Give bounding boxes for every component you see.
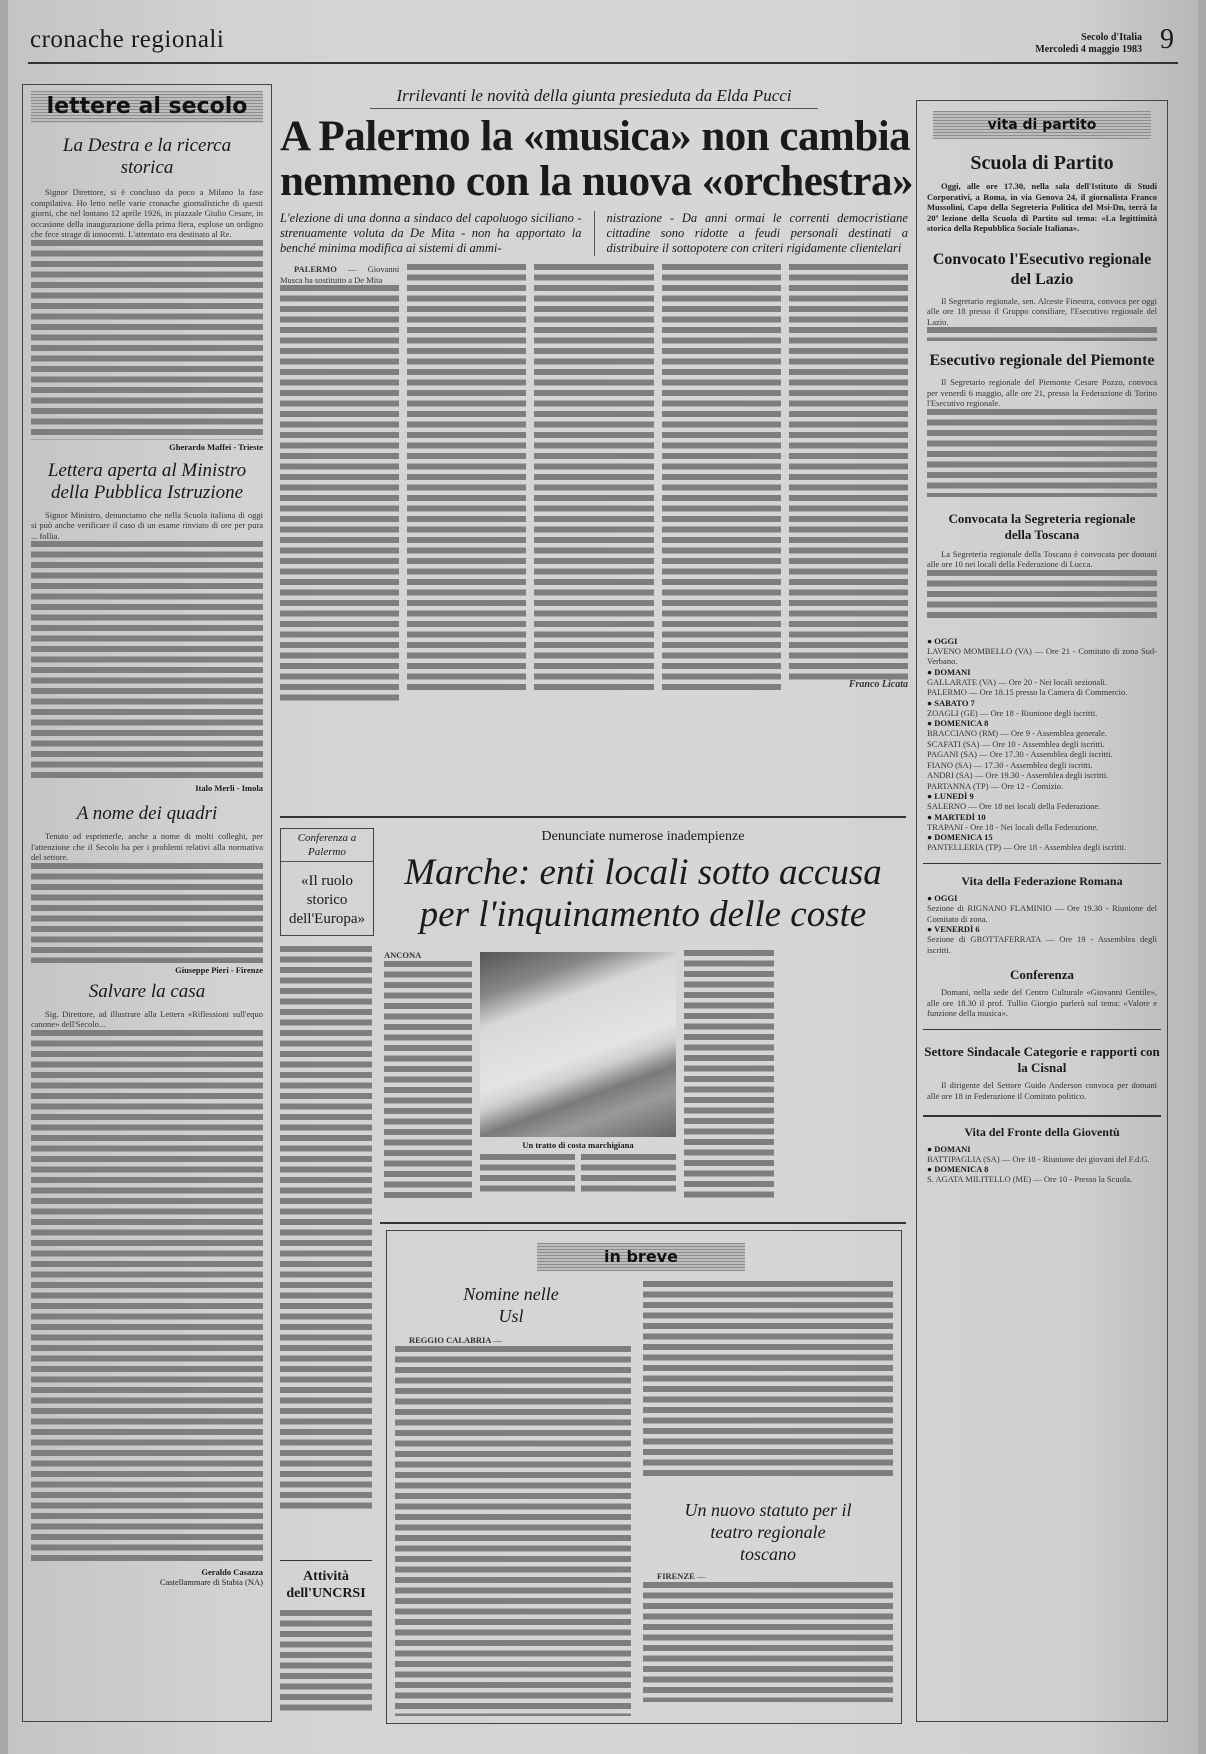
agenda-day: ● DOMENICA 8 xyxy=(927,718,1157,728)
agenda-day: ● DOMENICA 8 xyxy=(927,1164,1157,1174)
agenda-entry: ZOAGLI (GE) — Ore 18 - Riunione degli is… xyxy=(927,708,1157,719)
body-col-4 xyxy=(662,264,781,705)
agenda-day: ● DOMANI xyxy=(927,1144,1157,1154)
masthead-rule xyxy=(28,62,1178,64)
party-section-body: Domani, nella sede del Centro Culturale … xyxy=(927,987,1157,1019)
text-block xyxy=(927,570,1157,618)
main-headline-line-1: A Palermo la «musica» non cambia xyxy=(280,115,908,159)
text-block xyxy=(534,264,653,694)
agenda-entry: FIANO (SA) — 17.30 - Assemblea degli isc… xyxy=(927,760,1157,771)
in-breve-body: REGGIO CALABRIA — xyxy=(395,1335,631,1716)
marche-kicker: Denunciate numerose inadempienze xyxy=(380,828,906,846)
fdg-agenda: ● DOMANIBATTIPAGLIA (SA) — Ore 18 - Riun… xyxy=(927,1144,1157,1185)
in-breve-title: Nomine nelle Usl xyxy=(391,1283,631,1327)
main-headline-line-2: nemmeno con la nuova «orchestra» xyxy=(280,159,908,205)
agenda-entry: SCAFATI (SA) — Ore 10 - Assemblea degli … xyxy=(927,739,1157,750)
uncrsi-body xyxy=(280,1610,372,1715)
agenda-day: ● LUNEDÌ 9 xyxy=(927,791,1157,801)
section-divider xyxy=(380,1222,906,1224)
letter-title: Lettera aperta al Ministro della Pubblic… xyxy=(35,460,259,504)
body-col-1: PALERMO — Giovanni Musca ha sostituito a… xyxy=(280,264,399,705)
text-block xyxy=(684,950,774,1198)
federazione-agenda: ● OGGISezione di RIGNANO FLAMINIO — Ore … xyxy=(927,893,1157,955)
agenda-entry: Sezione di RIGNANO FLAMINIO — Ore 19.30 … xyxy=(927,903,1157,924)
party-section-title: Convocato l'Esecutivo regionale del Lazi… xyxy=(923,250,1161,290)
body-col-5: Franco Licata xyxy=(789,264,908,705)
section-divider xyxy=(923,1029,1161,1031)
coast-photo xyxy=(480,952,676,1137)
in-breve-banner: in breve xyxy=(537,1243,745,1271)
text-block xyxy=(395,1346,631,1716)
text-block xyxy=(280,1610,372,1715)
text-block xyxy=(280,285,399,705)
letter-title: La Destra e la ricerca storica xyxy=(43,135,251,179)
issue-date: Mercoledì 4 maggio 1983 xyxy=(1035,44,1142,56)
party-section-title: Convocata la Segreteria regionale della … xyxy=(937,511,1147,543)
party-section-body: La Segreteria regionale della Toscana è … xyxy=(927,549,1157,618)
in-breve-title: Un nuovo statuto per il teatro regionale… xyxy=(643,1499,893,1565)
text-block xyxy=(927,409,1157,497)
text-block xyxy=(31,863,263,963)
deck-right: nistrazione - Da anni ormai le correnti … xyxy=(607,211,909,256)
agenda-entry: PANTELLERIA (TP) — Ore 18 - Assemblea de… xyxy=(927,842,1157,853)
section-divider xyxy=(280,816,906,818)
conference-box: Conferenza a Palermo «Il ruolo storico d… xyxy=(280,828,374,936)
uncrsi-title: Attività dell'UNCRSI xyxy=(280,1568,372,1602)
agenda-entry: PAGANI (SA) — Ore 17.30 - Assemblea degl… xyxy=(927,749,1157,760)
dateline: FIRENZE xyxy=(657,1571,695,1581)
party-section-title: Settore Sindacale Categorie e rapporti c… xyxy=(923,1044,1161,1076)
party-section-body: Il Segretario regionale, sen. Alceste Fi… xyxy=(927,296,1157,342)
text-block xyxy=(31,240,263,440)
letter-body: Signor Ministro, denunciamo che nella Sc… xyxy=(31,510,263,780)
agenda-entry: PALERMO — Ore 18.15 presso la Camera di … xyxy=(927,687,1157,698)
party-section-title: Scuola di Partito xyxy=(923,151,1161,175)
letter-signature-place: Castellammare di Stabia (NA) xyxy=(31,1577,263,1587)
agenda-entry: BATTIPAGLIA (SA) — Ore 18 - Riunione dei… xyxy=(927,1154,1157,1165)
kicker-underline xyxy=(370,108,818,109)
marche-col-4 xyxy=(684,950,774,1198)
deck-divider xyxy=(594,211,595,256)
text-block xyxy=(31,541,263,779)
text-block xyxy=(581,1154,676,1196)
letter-body: Sig. Direttore, ad illustrare alla Lette… xyxy=(31,1009,263,1565)
letter-signature: Geraldo Casazza xyxy=(31,1567,263,1577)
section-divider xyxy=(923,863,1161,865)
main-article: Irrilevanti le novità della giunta presi… xyxy=(280,86,908,705)
conference-body xyxy=(280,946,372,1512)
body-col-3 xyxy=(534,264,653,705)
text-block xyxy=(643,1281,893,1477)
body-col-2 xyxy=(407,264,526,705)
agenda-entry: LAVENO MOMBELLO (VA) — Ore 21 - Comitato… xyxy=(927,646,1157,667)
party-section-title: Conferenza xyxy=(923,967,1161,983)
letter-body: Signor Direttore, si è concluso da poco … xyxy=(31,187,263,440)
party-section-body: Il dirigente del Settore Guido Anderson … xyxy=(927,1080,1157,1101)
letter-signature: Giuseppe Pieri - Firenze xyxy=(31,965,263,975)
newspaper-page: cronache regionali Secolo d'Italia Merco… xyxy=(8,0,1198,1754)
agenda-entry: GALLARATE (VA) — Ore 20 - Nei locali sez… xyxy=(927,677,1157,688)
marche-under-photo xyxy=(480,1154,676,1196)
dateline: REGGIO CALABRIA xyxy=(409,1335,491,1345)
party-section-body: Il Segretario regionale del Piemonte Ces… xyxy=(927,377,1157,497)
agenda-day: ● VENERDÌ 6 xyxy=(927,924,1157,934)
in-breve-body-right xyxy=(643,1281,893,1477)
agenda-day: ● OGGI xyxy=(927,636,1157,646)
section-name: cronache regionali xyxy=(30,26,224,54)
main-deck: L'elezione di una donna a sindaco del ca… xyxy=(280,211,908,256)
text-block xyxy=(407,264,526,694)
text-block xyxy=(643,1582,893,1702)
party-agenda: ● OGGILAVENO MOMBELLO (VA) — Ore 21 - Co… xyxy=(927,636,1157,853)
marche-headline-line-1: Marche: enti locali sotto accusa xyxy=(380,852,906,894)
agenda-entry: Sezione di GROTTAFERRATA — Ore 19 - Asse… xyxy=(927,934,1157,955)
agenda-day: ● MARTEDÌ 10 xyxy=(927,812,1157,822)
section-divider xyxy=(280,1560,372,1561)
marche-article: Denunciate numerose inadempienze Marche:… xyxy=(380,828,906,936)
text-block xyxy=(280,946,372,1512)
letter-title: A nome dei quadri xyxy=(35,803,259,825)
letters-column: lettere al secolo La Destra e la ricerca… xyxy=(22,84,272,1722)
conference-kicker: Conferenza a Palermo xyxy=(281,829,373,862)
party-life-column: vita di partito Scuola di Partito Oggi, … xyxy=(916,100,1168,1722)
party-section-title: Vita della Federazione Romana xyxy=(923,874,1161,889)
page-number: 9 xyxy=(1160,24,1174,56)
agenda-entry: PARTANNA (TP) — Ore 12 - Comizio. xyxy=(927,781,1157,792)
text-block xyxy=(480,1154,575,1196)
marche-dateline: ANCONA xyxy=(384,950,421,960)
party-section-body: Oggi, alle ore 17.30, nella sala dell'Is… xyxy=(927,181,1157,234)
marche-headline-line-2: per l'inquinamento delle coste xyxy=(380,894,906,936)
text-block xyxy=(789,264,908,680)
marche-col-1: ANCONA xyxy=(384,950,472,1201)
agenda-day: ● DOMANI xyxy=(927,667,1157,677)
conference-title: «Il ruolo storico dell'Europa» xyxy=(281,872,373,929)
paper-info: Secolo d'Italia Mercoledì 4 maggio 1983 xyxy=(1035,32,1142,56)
deck-left: L'elezione di una donna a sindaco del ca… xyxy=(280,211,582,256)
letter-signature: Gherardo Maffei - Trieste xyxy=(31,442,263,452)
main-article-kicker: Irrilevanti le novità della giunta presi… xyxy=(280,86,908,106)
agenda-entry: ANDRI (SA) — Ore 19.30 - Assemblea degli… xyxy=(927,770,1157,781)
agenda-entry: SALERNO — Ore 18 nei locali della Federa… xyxy=(927,801,1157,812)
agenda-entry: S. AGATA MILITELLO (ME) — Ore 10 - Press… xyxy=(927,1174,1157,1185)
party-section-title: Esecutivo regionale del Piemonte xyxy=(923,351,1161,371)
text-block xyxy=(927,327,1157,341)
byline: Franco Licata xyxy=(789,680,908,691)
letters-banner: lettere al secolo xyxy=(31,91,263,123)
paper-name: Secolo d'Italia xyxy=(1035,32,1142,44)
section-divider xyxy=(923,1115,1161,1117)
masthead: cronache regionali Secolo d'Italia Merco… xyxy=(20,22,1180,64)
text-block xyxy=(384,961,472,1201)
agenda-entry: TRAPANI - Ore 18 - Nei locali della Fede… xyxy=(927,822,1157,833)
in-breve-body: FIRENZE — xyxy=(643,1571,893,1702)
agenda-entry: BRACCIANO (RM) — Ore 9 - Assemblea gener… xyxy=(927,728,1157,739)
agenda-day: ● OGGI xyxy=(927,893,1157,903)
main-body-columns: PALERMO — Giovanni Musca ha sostituito a… xyxy=(280,264,908,705)
dateline: PALERMO xyxy=(294,264,337,274)
party-section-title: Vita del Fronte della Gioventù xyxy=(923,1125,1161,1140)
letter-body: Tenuto ad esprimerle, anche a nome di mo… xyxy=(31,831,263,963)
text-block xyxy=(662,264,781,694)
party-life-banner: vita di partito xyxy=(933,111,1151,139)
agenda-day: ● SABATO 7 xyxy=(927,698,1157,708)
text-block xyxy=(31,1030,263,1565)
photo-caption: Un tratto di costa marchigiana xyxy=(480,1140,676,1150)
in-breve-box: in breve Nomine nelle Usl REGGIO CALABRI… xyxy=(386,1230,902,1724)
agenda-day: ● DOMENICA 15 xyxy=(927,832,1157,842)
letter-signature: Italo Merli - Imola xyxy=(31,783,263,793)
letter-title: Salvare la casa xyxy=(35,981,259,1003)
